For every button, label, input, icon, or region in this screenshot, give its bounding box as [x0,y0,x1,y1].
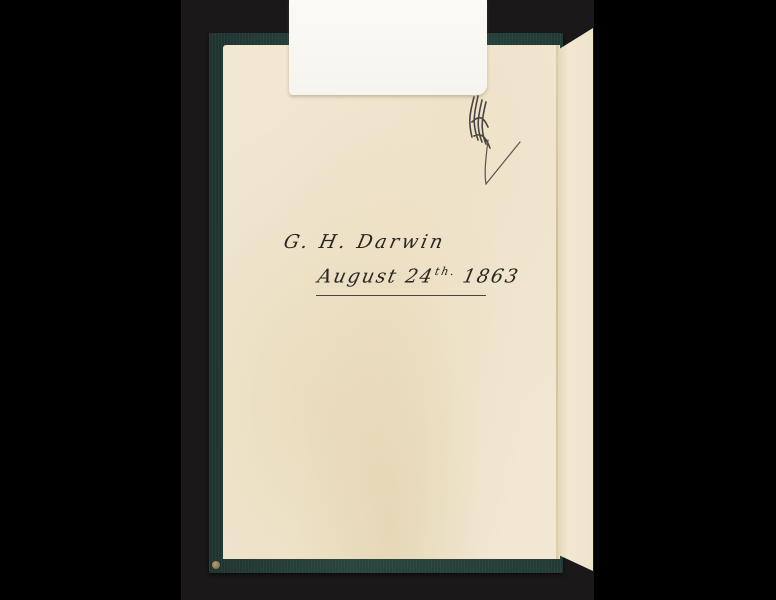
date-ordinal: th. [434,265,458,278]
pencil-check-mark-icon [462,92,532,192]
brass-pin-icon [212,561,220,569]
owner-name: G. H. Darwin [282,231,448,253]
paper-slip [289,0,487,95]
date-year: 1863 [461,265,522,287]
handwritten-inscription: G. H. Darwin August 24th. 1863 [280,225,520,305]
flyleaf-edge [558,28,593,571]
date-month-day: August 24 [316,265,437,287]
inscription-date: August 24th. 1863 [316,265,522,287]
inscription-underline [316,295,486,296]
